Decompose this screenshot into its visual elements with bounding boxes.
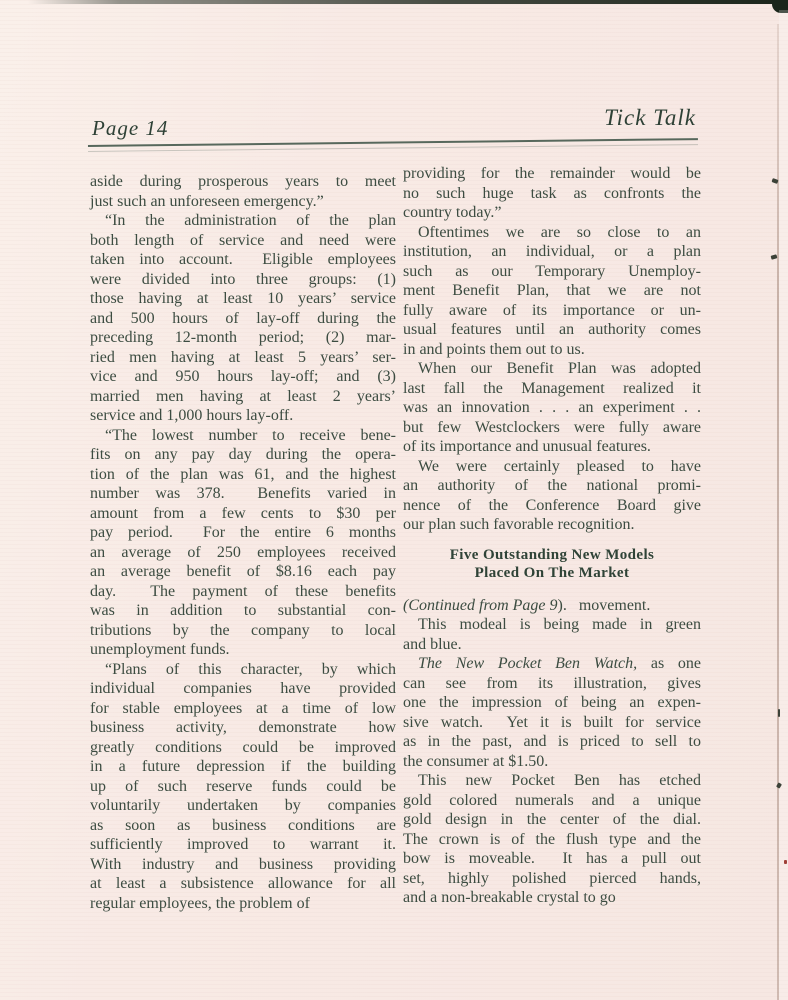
text-line: ried men having at least 5 years’ ser- [90, 348, 396, 368]
text-line: individual companies have provided [90, 679, 396, 699]
text-line: preceding 12-month period; (2) mar- [90, 328, 396, 348]
text-line: and a non-breakable crystal to go [403, 888, 701, 908]
text-line: We were certainly pleased to have [403, 457, 701, 477]
text-line: of its importance and unusual features. [403, 437, 701, 457]
text-line: our plan such favorable recognition. [403, 515, 701, 535]
text-run: just such an unforeseen emergency.” [90, 193, 324, 210]
section-heading: Five Outstanding New ModelsPlaced On The… [403, 546, 701, 582]
text-run: Five Outstanding New Models [450, 547, 655, 563]
text-line: the consumer at $1.50. [403, 752, 701, 772]
text-run: an authority of the national promi- [403, 477, 701, 494]
text-run: Oftentimes we are so close to an [418, 224, 701, 241]
text-line: an authority of the national promi- [403, 476, 701, 496]
text-run: tion of the plan was 61, and the highest [90, 466, 396, 483]
text-line: up of such reserve funds could be [90, 777, 396, 797]
text-run: those having at least 10 years’ service [90, 290, 396, 307]
text-run: (Continued from Page 9 [403, 597, 558, 614]
paragraph: “In the administration of the planboth l… [90, 211, 396, 426]
text-run: no such huge task as confronts the [403, 185, 701, 202]
text-run: but few Westclockers were fully aware [403, 419, 701, 436]
text-line: last fall the Management realized it [403, 379, 701, 399]
text-line: and blue. [403, 635, 701, 655]
text-run: amount from a few cents to $30 per [90, 505, 396, 522]
text-line: (Continued from Page 9). movement. [403, 596, 701, 616]
text-run: taken into account. Eligible employees [90, 251, 396, 268]
text-line: amount from a few cents to $30 per [90, 504, 396, 524]
text-line: nence of the Conference Board give [403, 496, 701, 516]
text-line: an average benefit of $8.16 each pay [90, 562, 396, 582]
text-line: day. The payment of these benefits [90, 582, 396, 602]
text-line: at least a subsistence allowance for all [90, 874, 396, 894]
text-run: of its importance and unusual features. [403, 438, 651, 455]
text-run: number was 378. Benefits varied in [90, 485, 396, 502]
text-line: “In the administration of the plan [90, 211, 396, 231]
text-line: greatly conditions could be improved [90, 738, 396, 758]
text-line: no such huge task as confronts the [403, 184, 701, 204]
text-line: The crown is of the flush type and the [403, 830, 701, 850]
text-run: greatly conditions could be improved [90, 739, 396, 756]
text-run: providing for the remainder would be [403, 165, 701, 182]
text-run: voluntarily undertaken by companies [90, 797, 396, 814]
text-run: can see from its illustration, gives [403, 675, 701, 692]
text-run: day. The payment of these benefits [90, 583, 396, 600]
text-run: “The lowest number to receive bene- [105, 427, 396, 444]
text-run: married men having at least 2 years’ [90, 388, 396, 405]
paragraph: This new Pocket Ben has etchedgold color… [403, 771, 701, 908]
text-line: aside during prosperous years to meet [90, 172, 396, 192]
page-number: Page 14 [92, 116, 168, 141]
page-edge-highlight [779, 10, 788, 1000]
paragraph: providing for the remainder would beno s… [403, 164, 701, 223]
text-line: tributions by the company to local [90, 621, 396, 641]
ink-speck [784, 860, 787, 864]
paragraph: “Plans of this character, by whichindivi… [90, 660, 396, 914]
text-run: ried men having at least 5 years’ ser- [90, 349, 396, 366]
text-run: The New Pocket Ben Watch, [418, 655, 637, 672]
text-run: gold colored numerals and a unique [403, 792, 701, 809]
text-line: tion of the plan was 61, and the highest [90, 465, 396, 485]
scanned-page: Page 14 Tick Talk aside during prosperou… [0, 0, 788, 1000]
page-crease [777, 24, 779, 1000]
text-run: tributions by the company to local [90, 622, 396, 639]
text-run: such as our Temporary Unemploy- [403, 263, 701, 280]
text-run: Placed On The Market [475, 565, 630, 581]
text-run: was an innovation . . . an experiment . … [403, 399, 701, 416]
text-run: were divided into three groups: (1) [90, 271, 396, 288]
text-run: “Plans of this character, by which [105, 661, 396, 678]
text-line: as in the past, and is priced to sell to [403, 732, 701, 752]
text-line: married men having at least 2 years’ [90, 387, 396, 407]
text-run: at least a subsistence allowance for all [90, 875, 396, 892]
text-run: aside during prosperous years to meet [90, 173, 396, 190]
left-column: aside during prosperous years to meetjus… [90, 172, 396, 913]
text-run: “In the administration of the plan [105, 212, 396, 229]
journal-title: Tick Talk [604, 105, 696, 131]
binding-mark [778, 709, 780, 717]
text-line: regular employees, the problem of [90, 894, 396, 914]
text-line: Five Outstanding New Models [403, 546, 701, 564]
text-run: institution, an individual, or a plan [403, 243, 701, 260]
binding-mark [771, 178, 778, 184]
text-run: fully aware of its importance or un- [403, 302, 701, 319]
text-run: preceding 12-month period; (2) mar- [90, 329, 396, 346]
text-line: Placed On The Market [403, 564, 701, 582]
text-line: “The lowest number to receive bene- [90, 426, 396, 446]
text-line: “Plans of this character, by which [90, 660, 396, 680]
text-run: both length of service and need were [90, 232, 396, 249]
text-run: business activity, demonstrate how [90, 719, 396, 736]
text-line: in and points them out to us. [403, 340, 701, 360]
text-run: With industry and business providing [90, 856, 396, 873]
text-line: With industry and business providing [90, 855, 396, 875]
text-line: providing for the remainder would be [403, 164, 701, 184]
text-run: and 500 hours of lay-off during the [90, 310, 396, 327]
text-run: sufficiently improved to warrant it. [90, 836, 396, 853]
text-run: regular employees, the problem of [90, 895, 310, 912]
text-line: but few Westclockers were fully aware [403, 418, 701, 438]
text-line: those having at least 10 years’ service [90, 289, 396, 309]
text-run: pay period. For the entire 6 months [90, 524, 396, 541]
text-line: one the impression of being an expen- [403, 693, 701, 713]
paragraph: This modeal is being made in greenand bl… [403, 615, 701, 654]
paragraph: The New Pocket Ben Watch, as onecan see … [403, 654, 701, 771]
text-run: as one [637, 655, 701, 672]
text-run: in and points them out to us. [403, 341, 585, 358]
text-run: and a non-breakable crystal to go [403, 889, 616, 906]
text-line: both length of service and need were [90, 231, 396, 251]
text-run: nence of the Conference Board give [403, 497, 701, 514]
text-line: set, highly polished pierced hands, [403, 869, 701, 889]
text-run: an average of 250 employees received [90, 544, 396, 561]
text-line: just such an unforeseen emergency.” [90, 192, 396, 212]
text-run: was in addition to substantial con- [90, 602, 396, 619]
text-line: The New Pocket Ben Watch, as one [403, 654, 701, 674]
text-line: as soon as business conditions are [90, 816, 396, 836]
paragraph: aside during prosperous years to meetjus… [90, 172, 396, 211]
text-run: set, highly polished pierced hands, [403, 870, 701, 887]
right-column: providing for the remainder would beno s… [403, 164, 701, 908]
paragraph: When our Benefit Plan was adoptedlast fa… [403, 359, 701, 457]
text-run: This modeal is being made in green [418, 616, 701, 633]
text-run: one the impression of being an expen- [403, 694, 701, 711]
text-run: sive watch. Yet it is built for service [403, 714, 701, 731]
text-run: an average benefit of $8.16 each pay [90, 563, 396, 580]
paragraph: “The lowest number to receive bene-fits … [90, 426, 396, 660]
text-run: our plan such favorable recognition. [403, 516, 634, 533]
text-run: as soon as business conditions are [90, 817, 396, 834]
text-run: country today.” [403, 204, 501, 221]
text-run: last fall the Management realized it [403, 380, 701, 397]
text-line: fits on any pay day during the opera- [90, 445, 396, 465]
text-run: The crown is of the flush type and the [403, 831, 701, 848]
text-run: service and 1,000 hours lay-off. [90, 407, 293, 424]
text-run: When our Benefit Plan was adopted [418, 360, 701, 377]
text-line: This new Pocket Ben has etched [403, 771, 701, 791]
text-line: and 500 hours of lay-off during the [90, 309, 396, 329]
text-line: sive watch. Yet it is built for service [403, 713, 701, 733]
text-line: gold colored numerals and a unique [403, 791, 701, 811]
text-run: ment Benefit Plan, that we are not [403, 282, 701, 299]
text-run: in a future depression if the building [90, 758, 396, 775]
text-line: such as our Temporary Unemploy- [403, 262, 701, 282]
text-run: the consumer at $1.50. [403, 753, 548, 770]
paragraph: Oftentimes we are so close to aninstitut… [403, 223, 701, 360]
text-line: taken into account. Eligible employees [90, 250, 396, 270]
text-run: unemployment funds. [90, 641, 230, 658]
scan-edge-shadow [28, 0, 788, 4]
text-line: was in addition to substantial con- [90, 601, 396, 621]
text-line: were divided into three groups: (1) [90, 270, 396, 290]
text-line: sufficiently improved to warrant it. [90, 835, 396, 855]
text-line: institution, an individual, or a plan [403, 242, 701, 262]
text-line: When our Benefit Plan was adopted [403, 359, 701, 379]
text-line: can see from its illustration, gives [403, 674, 701, 694]
text-line: unemployment funds. [90, 640, 396, 660]
text-line: service and 1,000 hours lay-off. [90, 406, 396, 426]
text-line: business activity, demonstrate how [90, 718, 396, 738]
text-line: in a future depression if the building [90, 757, 396, 777]
text-run: bow is moveable. It has a pull out [403, 850, 701, 867]
text-line: was an innovation . . . an experiment . … [403, 398, 701, 418]
text-line: ment Benefit Plan, that we are not [403, 281, 701, 301]
paragraph: (Continued from Page 9). movement. [403, 596, 701, 616]
text-run: for stable employees at a time of low [90, 700, 396, 717]
text-run: usual features until an authority comes [403, 321, 701, 338]
text-line: This modeal is being made in green [403, 615, 701, 635]
text-run: individual companies have provided [90, 680, 396, 697]
text-line: country today.” [403, 203, 701, 223]
text-line: fully aware of its importance or un- [403, 301, 701, 321]
text-line: pay period. For the entire 6 months [90, 523, 396, 543]
text-run: up of such reserve funds could be [90, 778, 396, 795]
text-line: bow is moveable. It has a pull out [403, 849, 701, 869]
text-line: an average of 250 employees received [90, 543, 396, 563]
text-line: voluntarily undertaken by companies [90, 796, 396, 816]
text-line: gold design in the center of the dial. [403, 810, 701, 830]
paragraph: We were certainly pleased to havean auth… [403, 457, 701, 535]
text-run: as in the past, and is priced to sell to [403, 733, 701, 750]
text-run: fits on any pay day during the opera- [90, 446, 396, 463]
text-line: for stable employees at a time of low [90, 699, 396, 719]
text-line: Oftentimes we are so close to an [403, 223, 701, 243]
text-run: We were certainly pleased to have [418, 458, 701, 475]
text-run: gold design in the center of the dial. [403, 811, 701, 828]
text-run: vice and 950 hours lay-off; and (3) [90, 368, 396, 385]
text-line: vice and 950 hours lay-off; and (3) [90, 367, 396, 387]
text-line: number was 378. Benefits varied in [90, 484, 396, 504]
text-line: usual features until an authority comes [403, 320, 701, 340]
header-rule [88, 138, 698, 152]
text-run: ). movement. [558, 597, 651, 614]
text-run: and blue. [403, 636, 462, 653]
text-run: This new Pocket Ben has etched [418, 772, 701, 789]
